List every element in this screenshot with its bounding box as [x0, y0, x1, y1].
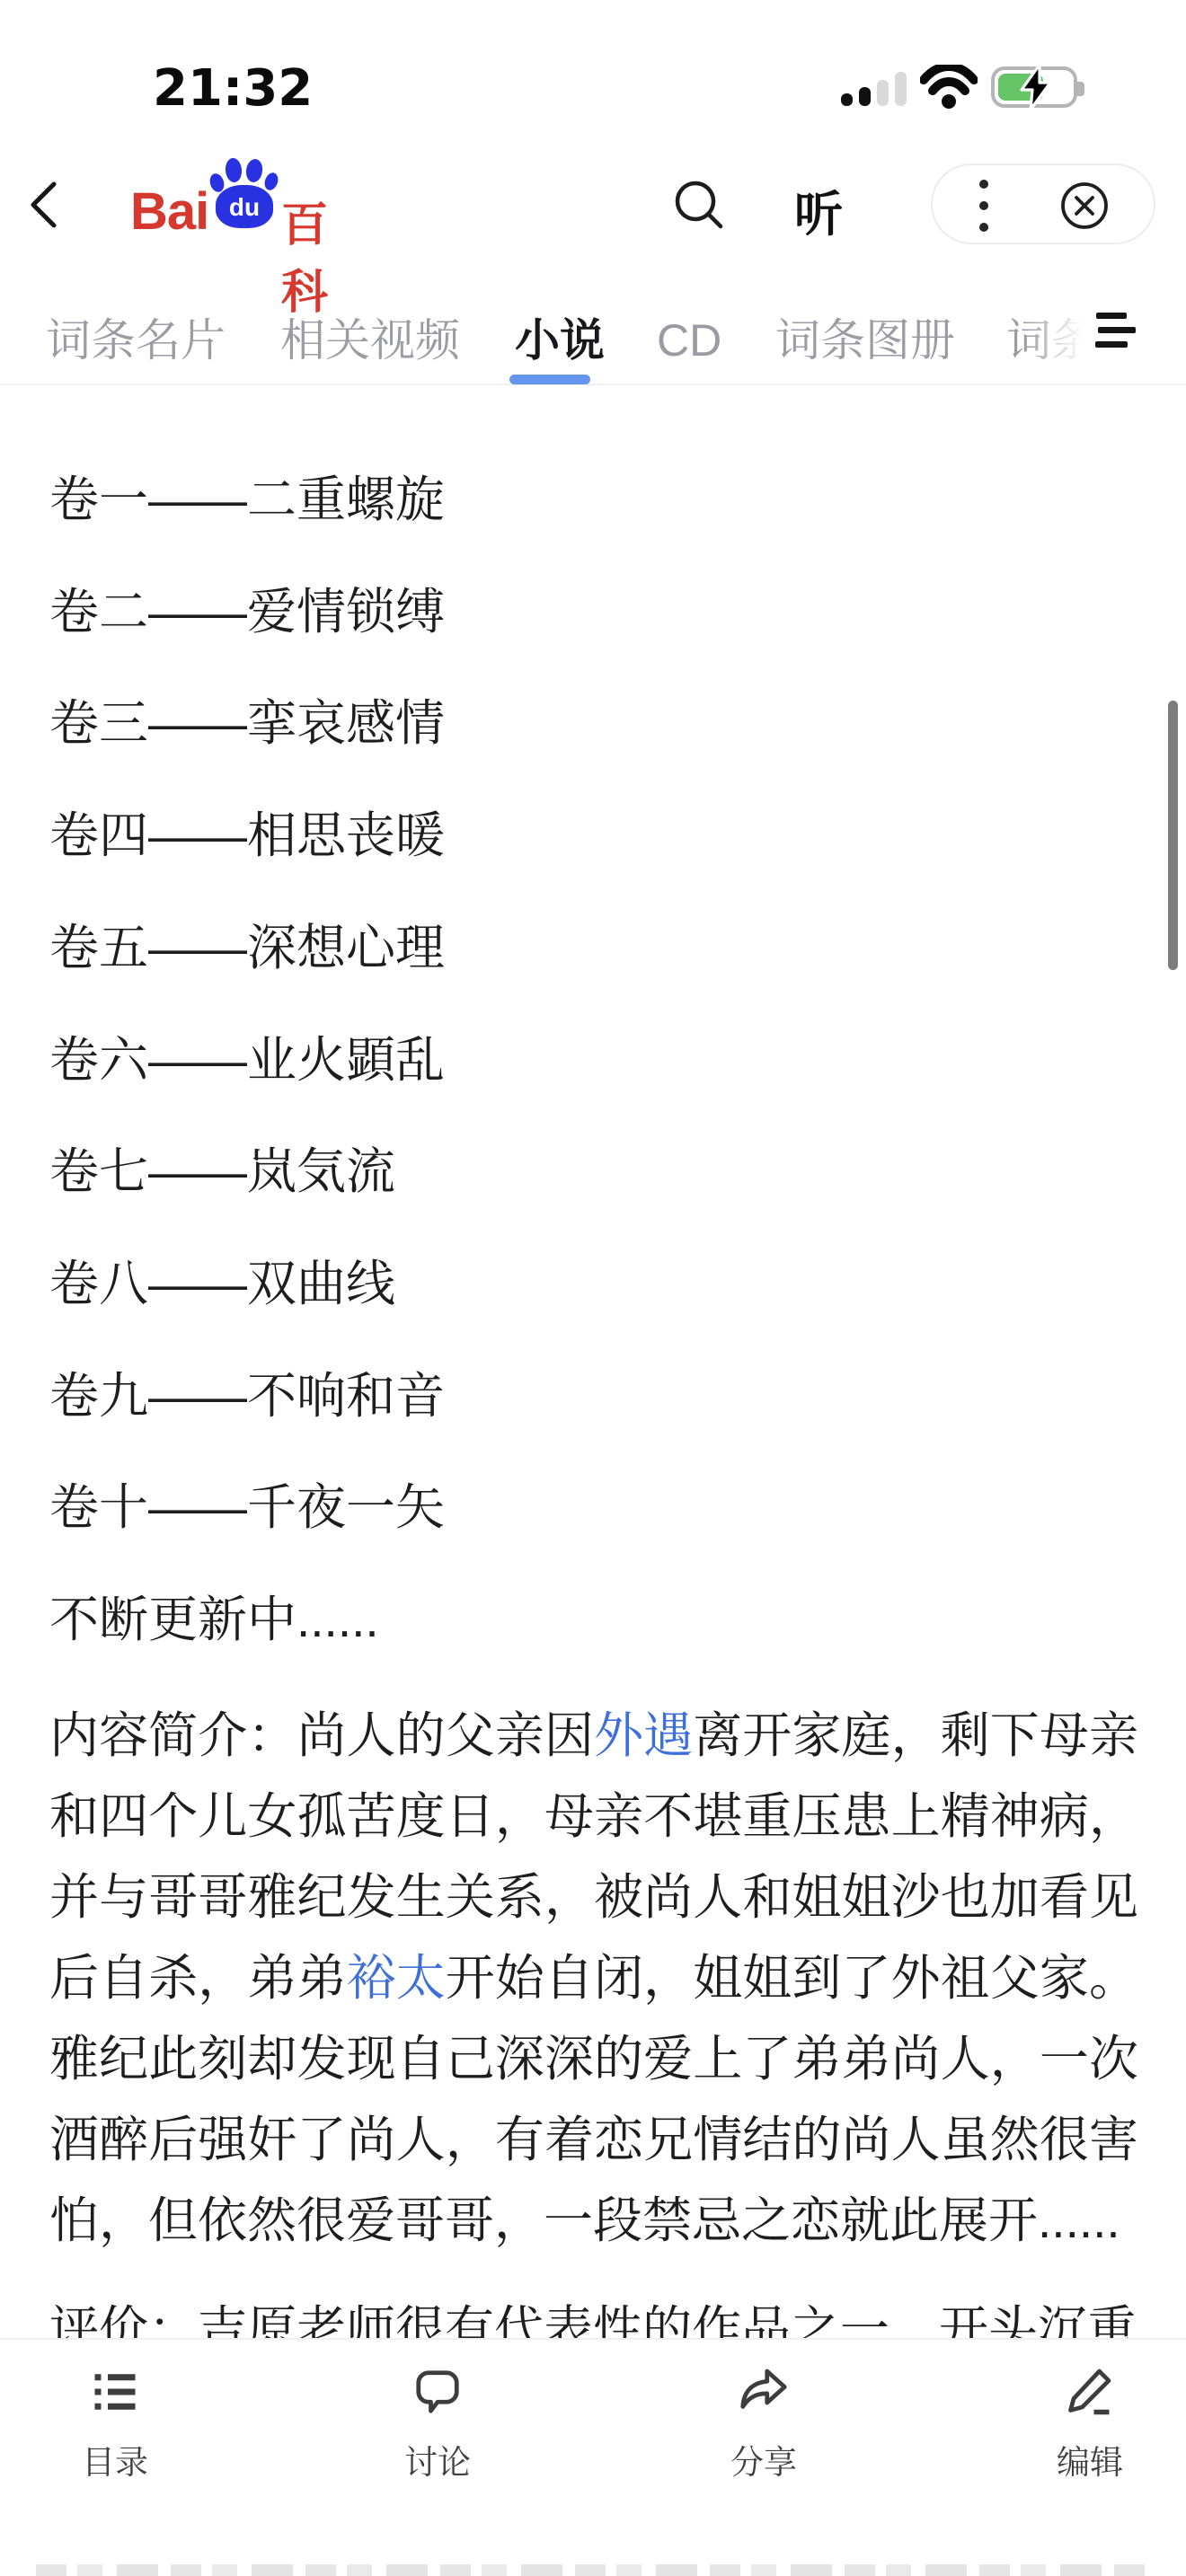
- chapter-line: 卷七——岚気流: [49, 1116, 1146, 1228]
- logo-bai-text: Bai: [130, 181, 208, 242]
- toolbar-share-label: 分享: [692, 2435, 836, 2483]
- intro-text: 内容简介：尚人的父亲因: [49, 1707, 594, 1763]
- toolbar-catalog-label: 目录: [43, 2435, 187, 2483]
- toolbar-catalog-button[interactable]: 目录: [43, 2340, 187, 2519]
- logo-du-text: du: [229, 193, 260, 222]
- toolbar-edit-label: 编辑: [1018, 2435, 1162, 2483]
- toolbar-share-button[interactable]: 分享: [692, 2340, 836, 2519]
- chapter-line: 卷三——挛哀感情: [49, 667, 1146, 780]
- tab-fade-overlay: [1024, 301, 1105, 380]
- tab-cd[interactable]: CD: [657, 315, 721, 366]
- close-icon[interactable]: [1058, 180, 1111, 232]
- toolbar-discuss-label: 讨论: [366, 2435, 509, 2483]
- clipped-text-strip: [36, 2564, 1150, 2576]
- chapter-list: 卷一——二重螺旋 卷二——爱情锁缚 卷三——挛哀感情 卷四——相思丧暖 卷五——…: [49, 444, 1146, 1676]
- logo-baike-text: 百科: [281, 187, 373, 322]
- chapter-line: 卷二——爱情锁缚: [49, 556, 1146, 668]
- toolbar-edit-button[interactable]: 编辑: [1018, 2340, 1162, 2519]
- toolbar-discuss-button[interactable]: 讨论: [366, 2340, 509, 2519]
- baidu-baike-logo[interactable]: Bai du 百科: [130, 158, 373, 234]
- entry-link-yutai[interactable]: 裕太: [347, 1950, 446, 2006]
- share-arrow-icon: [737, 2365, 791, 2419]
- search-icon[interactable]: [672, 178, 726, 232]
- chapter-line: 卷九——不响和音: [49, 1340, 1146, 1452]
- tab-related-videos[interactable]: 相关视频: [280, 315, 460, 366]
- catalog-list-icon: [88, 2365, 142, 2419]
- chapter-line: 卷六——业火顕乱: [49, 1004, 1146, 1116]
- updating-note: 不断更新中......: [49, 1564, 1146, 1676]
- intro-paragraph: 内容简介：尚人的父亲因外遇离开家庭，剩下母亲和四个儿女孤苦度日，母亲不堪重压患上…: [49, 1695, 1138, 2261]
- chapter-line: 卷一——二重螺旋: [49, 444, 1146, 556]
- status-time: 21:32: [153, 59, 296, 118]
- chapter-line: 卷五——深想心理: [49, 892, 1146, 1004]
- tab-entry-gallery[interactable]: 词条图册: [775, 315, 955, 366]
- baidu-baike-page: 21:32 Bai: [0, 0, 1186, 2576]
- chapter-line: 卷四——相思丧暖: [49, 780, 1146, 892]
- chapter-line: 卷十——千夜一矢: [49, 1451, 1146, 1564]
- tab-entry-card[interactable]: 词条名片: [46, 315, 226, 366]
- tab-bar-divider: [0, 384, 1186, 385]
- more-menu-icon[interactable]: [979, 180, 988, 232]
- entry-link-waiyu[interactable]: 外遇: [594, 1707, 693, 1763]
- listen-button[interactable]: 听: [794, 176, 843, 245]
- active-tab-underline: [509, 375, 590, 384]
- chapter-line: 卷八——双曲线: [49, 1228, 1146, 1340]
- battery-charging-icon: [991, 66, 1077, 108]
- tab-novel[interactable]: 小说: [515, 315, 605, 366]
- speech-bubble-icon: [411, 2365, 465, 2419]
- baidu-paw-icon: du: [209, 158, 279, 230]
- expand-tabs-icon[interactable]: [1095, 313, 1138, 348]
- scrollbar-thumb[interactable]: [1168, 701, 1178, 970]
- back-chevron-icon[interactable]: [25, 180, 61, 230]
- lightning-bolt-icon: [1016, 63, 1056, 111]
- system-capsule: [931, 163, 1155, 244]
- edit-pencil-icon: [1063, 2365, 1117, 2419]
- bottom-toolbar: 目录 讨论 分享 编辑: [0, 2338, 1186, 2576]
- wifi-icon: [920, 65, 978, 110]
